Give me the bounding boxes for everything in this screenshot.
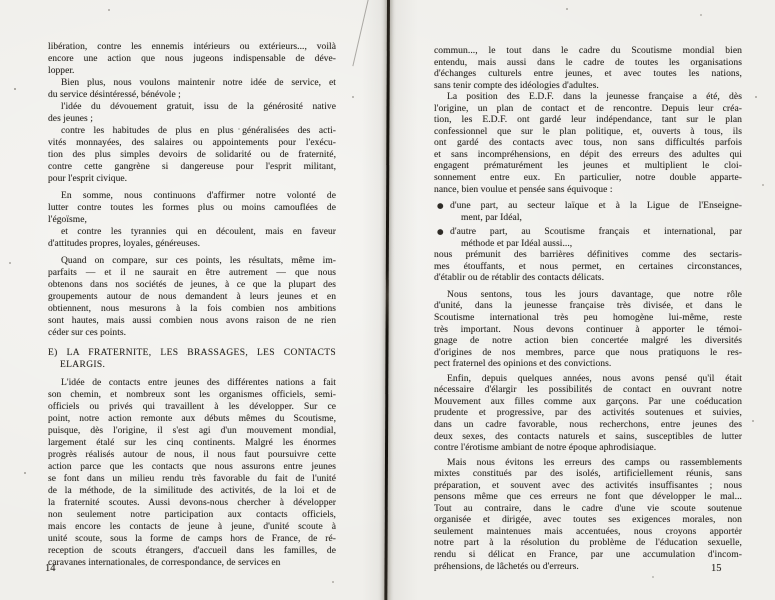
paragraph: Mais nous évitons les erreurs des camps … <box>434 457 742 572</box>
text-line: sonnement entre eux. En particulier, not… <box>434 172 742 184</box>
text-line: Quand on compare, sur ces points, les ré… <box>48 255 336 267</box>
text-line: Mais nous évitons les erreurs des camps … <box>434 457 742 469</box>
text-line: Bien plus, nous voulons maintenir notre … <box>48 77 336 89</box>
text-line: se font dans un milieu rendu très favora… <box>48 473 336 485</box>
text-line: puisque, dès l'origine, il s'est agi d'u… <box>48 425 336 437</box>
paragraph: commun..., le tout dans le cadre du Scou… <box>434 45 742 91</box>
text-line: l'origine, un plan de contact et de renc… <box>434 103 742 115</box>
text-line: d'autre part, au Scoutisme français et i… <box>450 226 742 238</box>
text-line: dans un cadre favorable, nous recherchon… <box>434 419 742 431</box>
text-line: de la méthode, de la similitude des acti… <box>48 485 336 497</box>
text-line: l'égoïsme, <box>48 214 336 226</box>
text-line: et sans incompréhensions, en dépit des e… <box>434 149 742 161</box>
scanned-book-spread: { "document_type": "scanned-book-page-sp… <box>0 0 775 600</box>
text-line: progrès réalisés autour de nous, il nous… <box>48 449 336 461</box>
text-line: entendu, mais aussi dans le cadre de tou… <box>434 57 742 69</box>
text-line: pensons même que ces erreurs ne font que… <box>434 491 742 503</box>
text-line: engagent prématurément les jeunes et mul… <box>434 160 742 172</box>
text-line: et contre les tyrannies qui en découlent… <box>48 226 336 238</box>
text-line: contre cette gangrène si dangereuse pour… <box>48 161 336 173</box>
text-line: commun..., le tout dans le cadre du Scou… <box>434 45 742 57</box>
text-line: d'une part, au secteur laïque et à la Li… <box>450 200 742 212</box>
text-line: du service désintéressé, bénévole ; <box>48 89 336 101</box>
text-line: groupements autour de nous demandent à l… <box>48 291 336 303</box>
text-line: vités monnayées, des salaires ou appoint… <box>48 137 336 149</box>
text-line: contre l'érotisme ambiant de notre époqu… <box>434 442 742 454</box>
text-line: Scoutisme international très peu homogèn… <box>434 312 742 324</box>
text-line: pect fraternel des opinions et des convi… <box>434 358 742 370</box>
text-line: son chemin, et nombreux sont les organis… <box>48 389 336 401</box>
text-line: pour l'esprit civique. <box>48 173 336 185</box>
page-number-right: 15 <box>711 563 722 575</box>
paragraph: Enfin, depuis quelques années, nous avon… <box>434 373 742 454</box>
text-line: Enfin, depuis quelques années, nous avon… <box>434 373 742 385</box>
text-line: point, notre action remonte aux débuts m… <box>48 413 336 425</box>
paragraph: La position des E.D.F. dans la jeunesse … <box>434 91 742 195</box>
bullet-icon: ● <box>437 200 450 223</box>
text-line: parfaits — et il ne saurait en être autr… <box>48 267 336 279</box>
text-line: largement étalé sur les cinq continents.… <box>48 437 336 449</box>
paragraph: Quand on compare, sur ces points, les ré… <box>48 255 336 339</box>
text-line: tion des plus simples devoirs de solidar… <box>48 149 336 161</box>
paragraph: et contre les tyrannies qui en découlent… <box>48 226 336 250</box>
text-line: ELARGIS. <box>48 359 336 371</box>
text-line: deux sexes, des contacts naturels et sai… <box>434 431 742 443</box>
text-line: caravanes internationales, de correspond… <box>48 557 336 569</box>
text-line: mes étouffants, et nous permet, en certa… <box>434 261 742 273</box>
text-line: contre les habitudes de plus en plus gén… <box>48 125 336 137</box>
text-line: Nous sentons, tous les jours davantage, … <box>434 289 742 301</box>
text-line: officiels ou privés qui travaillent à le… <box>48 401 336 413</box>
text-line: la fraternité scoutes. Aussi devons-nous… <box>48 497 336 509</box>
text-line: action parce que les contacts que nous a… <box>48 461 336 473</box>
section-heading: E) LA FRATERNITE, LES BRASSAGES, LES CON… <box>48 347 336 371</box>
text-line: E) LA FRATERNITE, LES BRASSAGES, LES CON… <box>48 347 336 359</box>
text-line: notre part à la résolution du problème d… <box>434 537 742 549</box>
text-line: rendu si délicat en France, par une accu… <box>434 549 742 561</box>
text-line: obtiennent, nous mesurons à la fois comb… <box>48 303 336 315</box>
text-line: mixtes constitués par des isolés, artifi… <box>434 468 742 480</box>
text-line: préparation, et souvent avec des activit… <box>434 480 742 492</box>
text-line: d'unité, dans la jeunesse française très… <box>434 300 742 312</box>
text-line: lutter contre toutes les formes plus ou … <box>48 202 336 214</box>
bullet-icon: ● <box>437 226 450 249</box>
text-line: préhensions, de lâchetés ou d'erreurs. <box>434 561 742 573</box>
text-line: L'idée de contacts entre jeunes des diff… <box>48 377 336 389</box>
text-line: sont hautes, mais aussi combien nous avo… <box>48 315 336 327</box>
paragraph: l'idée du dévouement gratuit, issu de la… <box>48 101 336 125</box>
text-line: ment, par Idéal, <box>450 212 742 224</box>
text-line: des jeunes ; <box>48 113 336 125</box>
text-line: d'échanges culturels entre jeunes, et av… <box>434 68 742 80</box>
text-line: l'idée du dévouement gratuit, issu de la… <box>48 101 336 113</box>
text-line: d'attitudes propres, loyales, généreuses… <box>48 238 336 250</box>
bullet-item: ●d'autre part, au Scoutisme français et … <box>437 226 742 249</box>
text-line: d'origines de nos membres, parce que nou… <box>434 347 742 359</box>
bullet-text: d'autre part, au Scoutisme français et i… <box>450 226 742 249</box>
scan-specks <box>0 0 2 2</box>
gutter-shadow <box>362 0 418 600</box>
text-line: ont gardé des contacts avec tous, non sa… <box>434 137 742 149</box>
paragraph: Bien plus, nous voulons maintenir notre … <box>48 77 336 101</box>
text-line: mais encore les contacts de jeune à jeun… <box>48 521 336 533</box>
text-line: lopper. <box>48 65 336 77</box>
text-line: nous prémunit des barrières définitives … <box>434 249 742 261</box>
text-line: confessionnel que sur le plan politique,… <box>434 126 742 138</box>
paragraph: En somme, nous continuons d'affirmer not… <box>48 190 336 226</box>
text-line: méthode et par Idéal aussi..., <box>450 238 742 250</box>
text-line: nance, bien voulue et pensée sans équivo… <box>434 184 742 196</box>
text-line: très important. Nous devons continuer à … <box>434 324 742 336</box>
text-line: d'établir ou de rétablir des contacts dé… <box>434 272 742 284</box>
text-line: Mouvement aux filles comme aux garçons. … <box>434 396 742 408</box>
text-line: non seulement notre participation aux co… <box>48 509 336 521</box>
paragraph: L'idée de contacts entre jeunes des diff… <box>48 377 336 569</box>
text-line: nécessaire d'élargir les possibilités de… <box>434 384 742 396</box>
text-line: reception de scouts étrangers, d'accueil… <box>48 545 336 557</box>
text-line: unité scoute, sous la forme de camps hor… <box>48 533 336 545</box>
text-line: gnage de notre action bien concertée mal… <box>434 335 742 347</box>
text-line: seulement maintenues mais accentuées, no… <box>434 526 742 538</box>
text-line: Tout au contraire, dans le cadre d'une v… <box>434 503 742 515</box>
text-line: En somme, nous continuons d'affirmer not… <box>48 190 336 202</box>
text-line: organisée et dirigée, avec toutes ses ex… <box>434 514 742 526</box>
page-right-text: commun..., le tout dans le cadre du Scou… <box>434 45 742 572</box>
paragraph: libération, contre les ennemis intérieur… <box>48 41 336 77</box>
page-number-left: 14 <box>45 563 56 575</box>
paragraph: Nous sentons, tous les jours davantage, … <box>434 289 742 370</box>
text-line: sans tenir compte des idéologies d'adult… <box>434 80 742 92</box>
text-line: tion, les E.D.F. ont gardé leur indépend… <box>434 114 742 126</box>
text-line: obtenons dans nos sociétés de jeunes, à … <box>48 279 336 291</box>
text-line: céder sur ces points. <box>48 327 336 339</box>
paragraph: contre les habitudes de plus en plus gén… <box>48 125 336 185</box>
bullet-text: d'une part, au secteur laïque et à la Li… <box>450 200 742 223</box>
page-left-text: libération, contre les ennemis intérieur… <box>48 41 336 569</box>
text-line: libération, contre les ennemis intérieur… <box>48 41 336 53</box>
paragraph: nous prémunit des barrières définitives … <box>434 249 742 284</box>
text-line: La position des E.D.F. dans la jeunesse … <box>434 91 742 103</box>
text-line: encore une action que nous jugeons indis… <box>48 53 336 65</box>
bullet-item: ●d'une part, au secteur laïque et à la L… <box>437 200 742 223</box>
text-line: prudente et progressive, par des activit… <box>434 407 742 419</box>
